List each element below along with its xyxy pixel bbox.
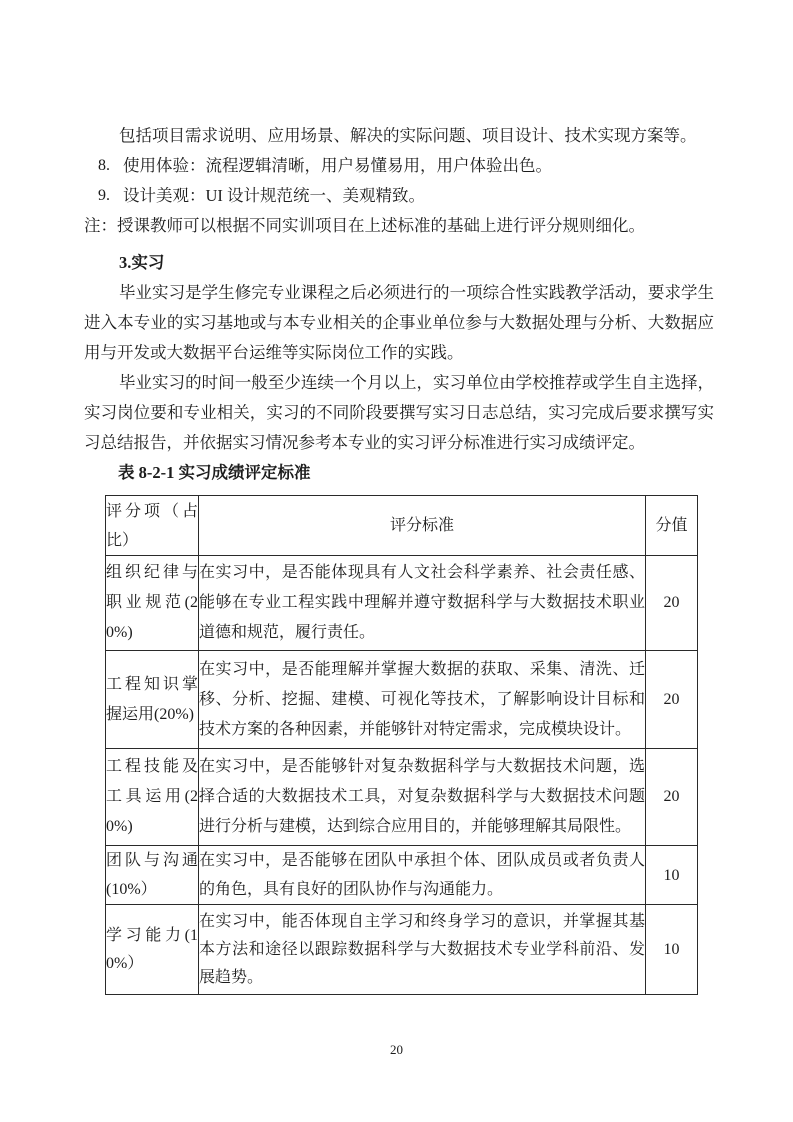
grading-table: 评分项（占比） 评分标准 分值 组织纪律与职业规范(20%) 在实习中，是否能体…: [105, 495, 698, 995]
score-cell: 20: [646, 749, 698, 846]
section-heading: 3.实习: [84, 248, 714, 278]
item-cell: 工程技能及工具运用(20%): [106, 749, 199, 846]
table-row: 团队与沟通(10%） 在实习中，是否能够在团队中承担个体、团队成员或者负责人的角…: [106, 846, 698, 905]
header-cell-score: 分值: [646, 496, 698, 556]
list-number: 8.: [98, 151, 110, 181]
list-item-8: 8. 使用体验：流程逻辑清晰，用户易懂易用，用户体验出色。: [84, 151, 714, 181]
score-cell: 10: [646, 905, 698, 995]
list-item-text: 使用体验：流程逻辑清晰，用户易懂易用，用户体验出色。: [123, 156, 552, 175]
item-cell: 学习能力(10%）: [106, 905, 199, 995]
page-number: 20: [390, 1042, 403, 1057]
paragraph-internship-2: 毕业实习的时间一般至少连续一个月以上，实习单位由学校推荐或学生自主选择，实习岗位…: [84, 368, 714, 458]
table-row: 学习能力(10%） 在实习中，能否体现自主学习和终身学习的意识，并掌握其基本方法…: [106, 905, 698, 995]
paragraph-item7-continuation: 包括项目需求说明、应用场景、解决的实际问题、项目设计、技术实现方案等。: [84, 121, 714, 151]
score-cell: 10: [646, 846, 698, 905]
criteria-cell: 在实习中，是否能体现具有人文社会科学素养、社会责任感、能够在专业工程实践中理解并…: [199, 556, 646, 651]
page-body: 包括项目需求说明、应用场景、解决的实际问题、项目设计、技术实现方案等。 8. 使…: [84, 121, 714, 995]
table-caption: 表 8-2-1 实习成绩评定标准: [84, 458, 714, 488]
document-page: 包括项目需求说明、应用场景、解决的实际问题、项目设计、技术实现方案等。 8. 使…: [0, 0, 793, 1122]
table-row: 组织纪律与职业规范(20%) 在实习中，是否能体现具有人文社会科学素养、社会责任…: [106, 556, 698, 651]
score-cell: 20: [646, 651, 698, 749]
table-row: 工程知识掌握运用(20%) 在实习中，是否能理解并掌握大数据的获取、采集、清洗、…: [106, 651, 698, 749]
paragraph-internship-1: 毕业实习是学生修完专业课程之后必须进行的一项综合性实践教学活动，要求学生进入本专…: [84, 278, 714, 368]
criteria-cell: 在实习中，是否能理解并掌握大数据的获取、采集、清洗、迁移、分析、挖掘、建模、可视…: [199, 651, 646, 749]
item-cell: 工程知识掌握运用(20%): [106, 651, 199, 749]
criteria-cell: 在实习中，能否体现自主学习和终身学习的意识，并掌握其基本方法和途径以跟踪数据科学…: [199, 905, 646, 995]
note-paragraph: 注：授课教师可以根据不同实训项目在上述标准的基础上进行评分规则细化。: [84, 211, 714, 241]
table-row: 工程技能及工具运用(20%) 在实习中，是否能够针对复杂数据科学与大数据技术问题…: [106, 749, 698, 846]
page-footer: 20: [0, 1042, 793, 1058]
list-item-text: 设计美观：UI 设计规范统一、美观精致。: [123, 186, 425, 205]
score-cell: 20: [646, 556, 698, 651]
criteria-cell: 在实习中，是否能够针对复杂数据科学与大数据技术问题，选择合适的大数据技术工具，对…: [199, 749, 646, 846]
item-cell: 团队与沟通(10%）: [106, 846, 199, 905]
table-header-row: 评分项（占比） 评分标准 分值: [106, 496, 698, 556]
header-cell-item: 评分项（占比）: [106, 496, 199, 556]
item-cell: 组织纪律与职业规范(20%): [106, 556, 199, 651]
header-cell-criteria: 评分标准: [199, 496, 646, 556]
list-item-9: 9. 设计美观：UI 设计规范统一、美观精致。: [84, 181, 714, 211]
criteria-cell: 在实习中，是否能够在团队中承担个体、团队成员或者负责人的角色，具有良好的团队协作…: [199, 846, 646, 905]
list-number: 9.: [98, 181, 110, 211]
